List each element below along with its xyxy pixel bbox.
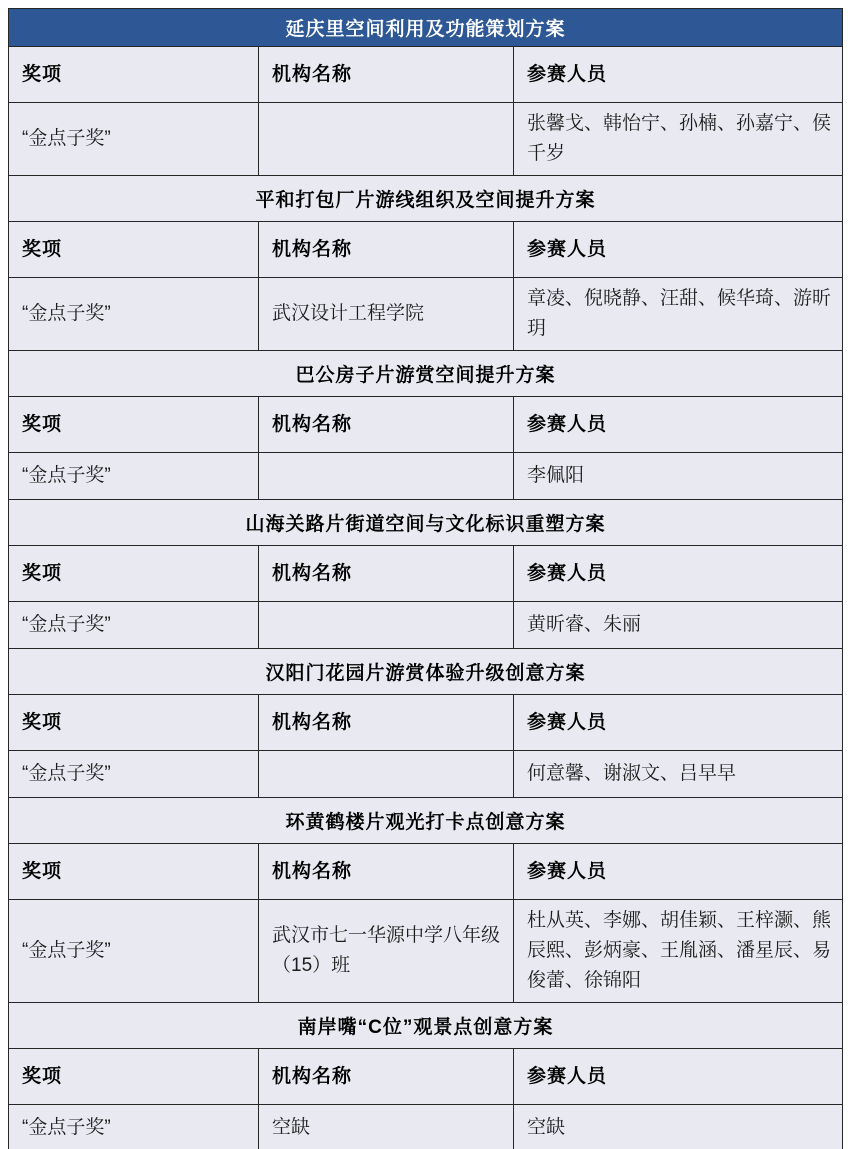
table-header-row: 奖项 机构名称 参赛人员 — [9, 222, 842, 278]
award-cell: “金点子奖” — [9, 900, 259, 1002]
participants-cell: 李佩阳 — [514, 453, 842, 499]
table-data-row: “金点子奖” 张馨戈、韩怡宁、孙楠、孙嘉宁、侯千岁 — [9, 103, 842, 176]
award-section-nananzui: 南岸嘴“C位”观景点创意方案 奖项 机构名称 参赛人员 “金点子奖” 空缺 空缺 — [9, 1003, 842, 1149]
institution-cell: 武汉设计工程学院 — [259, 278, 514, 350]
institution-cell — [259, 453, 514, 499]
column-header-participants: 参赛人员 — [514, 1049, 842, 1104]
column-header-award: 奖项 — [9, 546, 259, 601]
participants-cell: 张馨戈、韩怡宁、孙楠、孙嘉宁、侯千岁 — [514, 103, 842, 175]
award-cell: “金点子奖” — [9, 751, 259, 797]
award-section-yanqingli: 延庆里空间利用及功能策划方案 奖项 机构名称 参赛人员 “金点子奖” 张馨戈、韩… — [9, 9, 842, 176]
table-data-row: “金点子奖” 李佩阳 — [9, 453, 842, 500]
participants-cell: 何意馨、谢淑文、吕早早 — [514, 751, 842, 797]
table-data-row: “金点子奖” 武汉设计工程学院 章凌、倪晓静、汪甜、候华琦、游昕玥 — [9, 278, 842, 351]
award-cell: “金点子奖” — [9, 602, 259, 648]
award-section-pinghe: 平和打包厂片游线组织及空间提升方案 奖项 机构名称 参赛人员 “金点子奖” 武汉… — [9, 176, 842, 351]
award-section-huanghelou: 环黄鹤楼片观光打卡点创意方案 奖项 机构名称 参赛人员 “金点子奖” 武汉市七一… — [9, 798, 842, 1003]
column-header-institution: 机构名称 — [259, 222, 514, 277]
column-header-award: 奖项 — [9, 1049, 259, 1104]
column-header-participants: 参赛人员 — [514, 397, 842, 452]
participants-cell: 黄昕睿、朱丽 — [514, 602, 842, 648]
table-header-row: 奖项 机构名称 参赛人员 — [9, 695, 842, 751]
column-header-participants: 参赛人员 — [514, 546, 842, 601]
institution-cell — [259, 103, 514, 175]
column-header-award: 奖项 — [9, 844, 259, 899]
award-cell: “金点子奖” — [9, 278, 259, 350]
award-section-shanhaiguan: 山海关路片街道空间与文化标识重塑方案 奖项 机构名称 参赛人员 “金点子奖” 黄… — [9, 500, 842, 649]
column-header-institution: 机构名称 — [259, 844, 514, 899]
table-header-row: 奖项 机构名称 参赛人员 — [9, 47, 842, 103]
table-header-row: 奖项 机构名称 参赛人员 — [9, 397, 842, 453]
table-data-row: “金点子奖” 武汉市七一华源中学八年级（15）班 杜从英、李娜、胡佳颖、王梓灏、… — [9, 900, 842, 1003]
participants-cell: 杜从英、李娜、胡佳颖、王梓灏、熊辰熙、彭炳豪、王胤涵、潘星辰、易俊蕾、徐锦阳 — [514, 900, 842, 1002]
table-data-row: “金点子奖” 空缺 空缺 — [9, 1105, 842, 1149]
column-header-participants: 参赛人员 — [514, 47, 842, 102]
column-header-institution: 机构名称 — [259, 546, 514, 601]
award-section-hanyangmen: 汉阳门花园片游赏体验升级创意方案 奖项 机构名称 参赛人员 “金点子奖” 何意馨… — [9, 649, 842, 798]
column-header-institution: 机构名称 — [259, 695, 514, 750]
column-header-participants: 参赛人员 — [514, 222, 842, 277]
column-header-award: 奖项 — [9, 222, 259, 277]
table-data-row: “金点子奖” 何意馨、谢淑文、吕早早 — [9, 751, 842, 798]
table-data-row: “金点子奖” 黄昕睿、朱丽 — [9, 602, 842, 649]
column-header-institution: 机构名称 — [259, 397, 514, 452]
table-header-row: 奖项 机构名称 参赛人员 — [9, 546, 842, 602]
institution-cell — [259, 602, 514, 648]
column-header-participants: 参赛人员 — [514, 695, 842, 750]
award-section-bagongfangzi: 巴公房子片游赏空间提升方案 奖项 机构名称 参赛人员 “金点子奖” 李佩阳 — [9, 351, 842, 500]
award-cell: “金点子奖” — [9, 1105, 259, 1149]
document-title: 延庆里空间利用及功能策划方案 — [9, 9, 842, 47]
institution-cell: 空缺 — [259, 1105, 514, 1149]
section-title: 南岸嘴“C位”观景点创意方案 — [9, 1003, 842, 1049]
section-title: 山海关路片街道空间与文化标识重塑方案 — [9, 500, 842, 546]
participants-cell: 空缺 — [514, 1105, 842, 1149]
award-cell: “金点子奖” — [9, 103, 259, 175]
award-cell: “金点子奖” — [9, 453, 259, 499]
column-header-award: 奖项 — [9, 397, 259, 452]
section-title: 巴公房子片游赏空间提升方案 — [9, 351, 842, 397]
column-header-award: 奖项 — [9, 695, 259, 750]
institution-cell: 武汉市七一华源中学八年级（15）班 — [259, 900, 514, 1002]
section-title: 汉阳门花园片游赏体验升级创意方案 — [9, 649, 842, 695]
section-title: 环黄鹤楼片观光打卡点创意方案 — [9, 798, 842, 844]
document-page: 延庆里空间利用及功能策划方案 奖项 机构名称 参赛人员 “金点子奖” 张馨戈、韩… — [0, 0, 851, 1149]
institution-cell — [259, 751, 514, 797]
participants-cell: 章凌、倪晓静、汪甜、候华琦、游昕玥 — [514, 278, 842, 350]
column-header-institution: 机构名称 — [259, 1049, 514, 1104]
section-title: 平和打包厂片游线组织及空间提升方案 — [9, 176, 842, 222]
award-table: 延庆里空间利用及功能策划方案 奖项 机构名称 参赛人员 “金点子奖” 张馨戈、韩… — [8, 8, 843, 1149]
table-header-row: 奖项 机构名称 参赛人员 — [9, 1049, 842, 1105]
column-header-participants: 参赛人员 — [514, 844, 842, 899]
table-header-row: 奖项 机构名称 参赛人员 — [9, 844, 842, 900]
column-header-institution: 机构名称 — [259, 47, 514, 102]
column-header-award: 奖项 — [9, 47, 259, 102]
